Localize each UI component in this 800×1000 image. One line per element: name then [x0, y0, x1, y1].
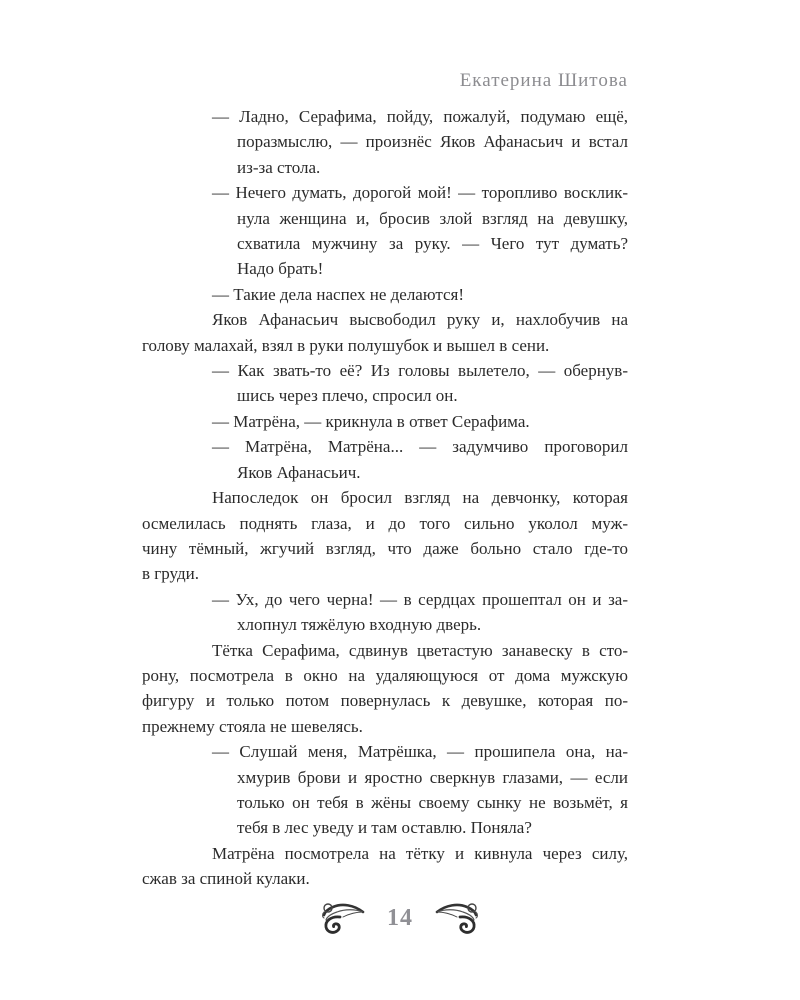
paragraph: — Как звать-то её? Из головы вылетело, —…: [142, 358, 628, 409]
text-block: — Ладно, Серафима, пойду, пожалуй, подум…: [142, 104, 628, 892]
text-line: Матрёна посмотрела на тётку и кивнула че…: [142, 841, 628, 866]
text-line: сжав за спиной кулаки.: [142, 866, 628, 891]
calligraphic-flourish-left-icon: [316, 899, 366, 937]
text-line: рону, посмотрела в окно на удаляющуюся о…: [142, 663, 628, 688]
text-line: Тётка Серафима, сдвинув цветастую занаве…: [142, 638, 628, 663]
text-line: — Матрёна, — крикнула в ответ Серафима.: [142, 409, 628, 434]
book-page: Екатерина Шитова — Ладно, Серафима, пойд…: [0, 0, 800, 1000]
text-line: прежнему стояла не шевелясь.: [142, 714, 628, 739]
paragraph: — Нечего думать, дорогой мой! — тороплив…: [142, 180, 628, 282]
text-line: Надо брать!: [142, 256, 628, 281]
text-line: осмелилась поднять глаза, и до того силь…: [142, 511, 628, 536]
text-line: чину тёмный, жгучий взгляд, что даже бол…: [142, 536, 628, 561]
paragraph: — Матрёна, — крикнула в ответ Серафима.: [142, 409, 628, 434]
text-line: фигуру и только потом повернулась к деву…: [142, 688, 628, 713]
text-line: — Ух, до чего черна! — в сердцах прошепт…: [142, 587, 628, 612]
text-line: из-за стола.: [142, 155, 628, 180]
text-line: — Такие дела наспех не делаются!: [142, 282, 628, 307]
paragraph: — Ладно, Серафима, пойду, пожалуй, подум…: [142, 104, 628, 180]
text-line: — Матрёна, Матрёна... — задумчиво прогов…: [142, 434, 628, 459]
paragraph: Яков Афанасьич высвободил руку и, нахлоб…: [142, 307, 628, 358]
paragraph: Тётка Серафима, сдвинув цветастую занаве…: [142, 638, 628, 740]
paragraph: Матрёна посмотрела на тётку и кивнула че…: [142, 841, 628, 892]
text-line: схватила мужчину за руку. — Чего тут дум…: [142, 231, 628, 256]
text-line: Яков Афанасьич высвободил руку и, нахлоб…: [142, 307, 628, 332]
text-line: Напоследок он бросил взгляд на девчонку,…: [142, 485, 628, 510]
text-line: поразмыслю, — произнёс Яков Афанасьич и …: [142, 129, 628, 154]
text-line: шись через плечо, спросил он.: [142, 383, 628, 408]
paragraph: — Такие дела наспех не делаются!: [142, 282, 628, 307]
paragraph: — Матрёна, Матрёна... — задумчиво прогов…: [142, 434, 628, 485]
page-number: 14: [387, 905, 413, 932]
text-line: — Ладно, Серафима, пойду, пожалуй, подум…: [142, 104, 628, 129]
text-line: голову малахай, взял в руки полушубок и …: [142, 333, 628, 358]
text-line: нула женщина и, бросив злой взгляд на де…: [142, 206, 628, 231]
page-footer: 14: [316, 897, 484, 939]
text-line: хлопнул тяжёлую входную дверь.: [142, 612, 628, 637]
text-line: только он тебя в жёны своему сынку не во…: [142, 790, 628, 815]
text-line: хмурив брови и яростно сверкнув глазами,…: [142, 765, 628, 790]
paragraph: — Ух, до чего черна! — в сердцах прошепт…: [142, 587, 628, 638]
text-line: — Нечего думать, дорогой мой! — тороплив…: [142, 180, 628, 205]
running-head-author: Екатерина Шитова: [460, 70, 628, 92]
text-line: тебя в лес уведу и там оставлю. Поняла?: [142, 815, 628, 840]
text-line: — Как звать-то её? Из головы вылетело, —…: [142, 358, 628, 383]
calligraphic-flourish-right-icon: [434, 899, 484, 937]
text-line: — Слушай меня, Матрёшка, — прошипела она…: [142, 739, 628, 764]
text-line: Яков Афанасьич.: [142, 460, 628, 485]
text-line: в груди.: [142, 561, 628, 586]
paragraph: Напоследок он бросил взгляд на девчонку,…: [142, 485, 628, 587]
paragraph: — Слушай меня, Матрёшка, — прошипела она…: [142, 739, 628, 841]
